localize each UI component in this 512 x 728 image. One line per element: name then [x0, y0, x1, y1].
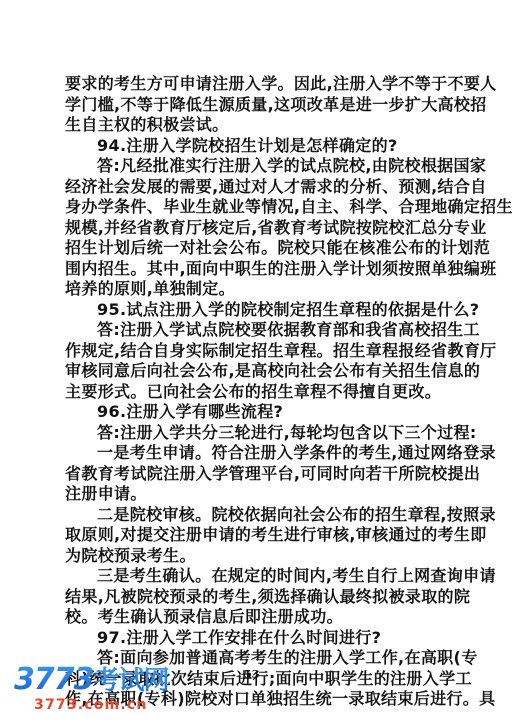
watermark-brand: 3773考试网 — [14, 664, 169, 697]
question-heading-95: 95.试点注册入学的院校制定招生章程的依据是什么? — [65, 300, 449, 321]
text-line: 为院校预录考生。 — [65, 546, 449, 567]
text-line: 取原则,对提交注册申请的考生进行审核,审核通过的考生即 — [65, 525, 449, 546]
text-line: 生自主权的积极尝试。 — [65, 115, 449, 136]
watermark-number: 3773 — [14, 662, 94, 697]
question-heading-96: 96.注册入学有哪些流程? — [65, 402, 449, 423]
text-line: 审核同意后向社会公布,是高校向社会公布有关招生信息的 — [65, 361, 449, 382]
text-line: 要求的考生方可申请注册入学。因此,注册入学不等于不要人 — [65, 74, 449, 95]
watermark-domain: 3773.com.cn — [34, 697, 148, 713]
text-line: 招生计划后统一对社会公布。院校只能在核准公布的计划范 — [65, 238, 449, 259]
text-line: 培养的原则,单独制定。 — [65, 279, 449, 300]
text-line: 校。考生确认预录信息后即注册成功。 — [65, 607, 449, 628]
text-line: 经济社会发展的需要,通过对人才需求的分析、预测,结合自 — [65, 177, 449, 198]
text-line: 规模,并经省教育厅核定后,省教育考试院按院校汇总分专业 — [65, 218, 449, 239]
text-line: 作规定,结合自身实际制定招生章程。招生章程报经省教育厅 — [65, 341, 449, 362]
text-line: 注册申请。 — [65, 484, 449, 505]
text-line: 省教育考试院注册入学管理平台,可同时向若干所院校提出 — [65, 464, 449, 485]
page-text-body: 要求的考生方可申请注册入学。因此,注册入学不等于不要人 学门槛,不等于降低生源质… — [65, 74, 449, 710]
answer-line: 答:注册入学共分三轮进行,每轮均包含以下三个过程: — [65, 423, 449, 444]
text-line: 主要形式。已向社会公布的招生章程不得擅自更改。 — [65, 382, 449, 403]
text-line: 结果,凡被院校预录的考生,须选择确认最终拟被录取的院 — [65, 587, 449, 608]
text-line: 身办学条件、毕业生就业等情况,自主、科学、合理地确定招生 — [65, 197, 449, 218]
text-line: 二是院校审核。院校依据向社会公布的招生章程,按照录 — [65, 505, 449, 526]
text-line: 围内招生。其中,面向中职生的注册入学计划须按照单独编班 — [65, 259, 449, 280]
question-heading-97: 97.注册入学工作安排在什么时间进行? — [65, 628, 449, 649]
text-line: 一是考生申请。符合注册入学条件的考生,通过网络登录 — [65, 443, 449, 464]
answer-line: 答:注册入学试点院校要依据教育部和我省高校招生工 — [65, 320, 449, 341]
watermark-logo: 3773考试网 3773.com.cn — [14, 664, 174, 716]
document-page: 要求的考生方可申请注册入学。因此,注册入学不等于不要人 学门槛,不等于降低生源质… — [0, 0, 512, 728]
text-line: 学门槛,不等于降低生源质量,这项改革是进一步扩大高校招 — [65, 95, 449, 116]
page-number: 53 — [244, 668, 259, 681]
answer-line: 答:凡经批准实行注册入学的试点院校,由院校根据国家 — [65, 156, 449, 177]
watermark-title: 考试网 — [94, 666, 169, 696]
question-heading-94: 94.注册入学院校招生计划是怎样确定的? — [65, 136, 449, 157]
text-line: 三是考生确认。在规定的时间内,考生自行上网查询申请 — [65, 566, 449, 587]
